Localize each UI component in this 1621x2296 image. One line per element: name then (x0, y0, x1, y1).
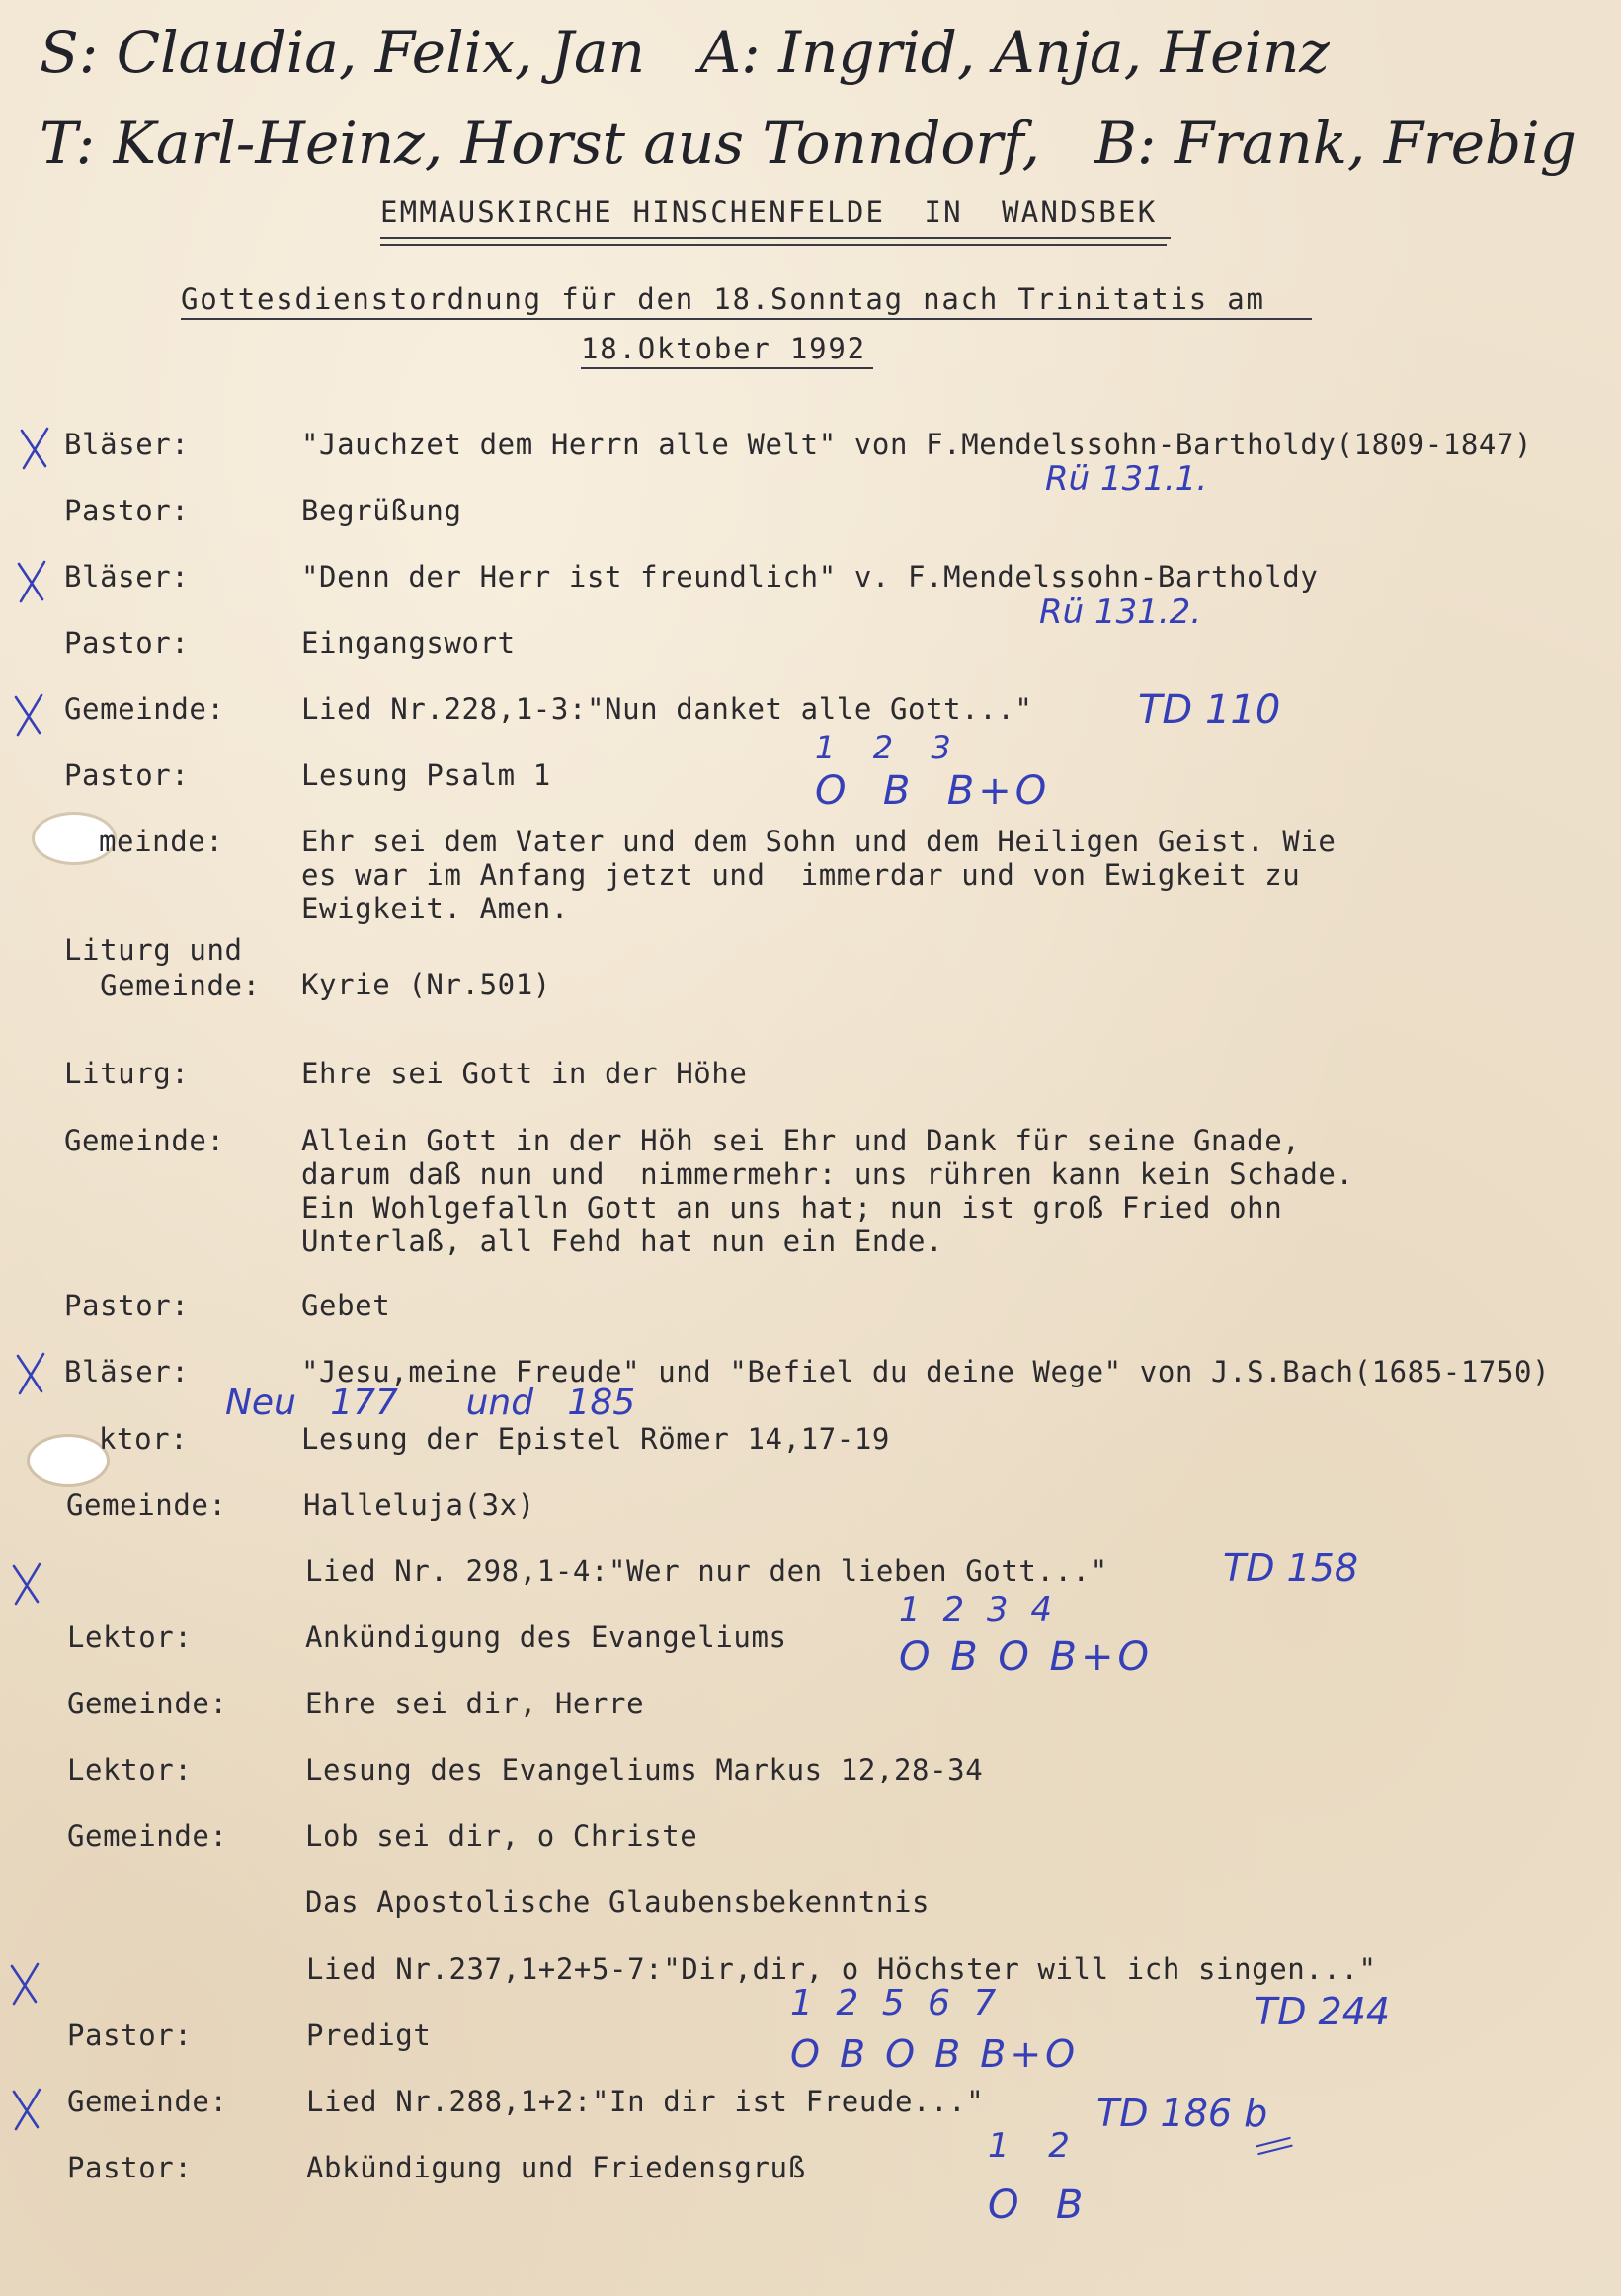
role-label: Bläser: (64, 1355, 189, 1388)
item-text: "Denn der Herr ist freundlich" v. F.Mend… (301, 560, 1318, 594)
role-label: Liturg: (64, 1057, 189, 1090)
handwritten-note: TD 186 b (1096, 2092, 1267, 2135)
handwritten-roster-line-1: S: Claudia, Felix, Jan A: Ingrid, Anja, … (40, 18, 1330, 87)
handwritten-double-underline (1256, 2137, 1292, 2155)
checkmark-x-icon (8, 1960, 41, 2006)
item-text: Ehre sei dir, Herre (305, 1687, 644, 1720)
checkmark-x-icon (10, 2086, 43, 2131)
item-text: Lied Nr.288,1+2:"In dir ist Freude..." (306, 2085, 984, 2118)
item-text: Ehr sei dem Vater und dem Sohn und dem H… (301, 825, 1336, 925)
role-label: Gemeinde: (67, 1819, 228, 1853)
handwritten-note: Rü 131.1. (1045, 459, 1207, 499)
item-text: Ehre sei Gott in der Höhe (301, 1057, 748, 1090)
role-label: Liturg und Gemeinde: (64, 932, 261, 1003)
role-label: Pastor: (64, 1289, 189, 1322)
item-text: Das Apostolische Glaubensbekenntnis (305, 1885, 930, 1919)
role-label: Gemeinde: (64, 1124, 225, 1157)
handwritten-voice-assignment: O B (988, 2182, 1087, 2228)
item-text: Halleluja(3x) (303, 1488, 535, 1522)
subtitle-underline (181, 318, 1312, 320)
handwritten-roster-line-2: T: Karl-Heinz, Horst aus Tonndorf, B: Fr… (40, 109, 1577, 178)
handwritten-voice-assignment: O B O B+O (899, 1634, 1153, 1680)
service-date: 18.Oktober 1992 (581, 332, 866, 365)
role-label: meinde: (99, 825, 223, 858)
role-label: Pastor: (64, 758, 189, 792)
checkmark-x-icon (12, 691, 45, 737)
item-text: Lied Nr.228,1-3:"Nun danket alle Gott...… (301, 692, 1032, 726)
item-text: Lesung der Epistel Römer 14,17-19 (301, 1422, 890, 1456)
item-text: Lesung Psalm 1 (301, 758, 551, 792)
role-label: ktor: (99, 1422, 188, 1456)
handwritten-verse-numbers: 1 2 (988, 2126, 1076, 2166)
item-text: Predigt (306, 2019, 431, 2052)
role-label: Pastor: (64, 626, 189, 660)
role-label: Gemeinde: (67, 1687, 228, 1720)
role-label: Lektor: (67, 1621, 192, 1654)
handwritten-note: TD 158 (1223, 1546, 1358, 1590)
handwritten-note: Neu 177 und 185 (225, 1383, 635, 1423)
checkmark-x-icon (15, 558, 48, 603)
handwritten-verse-numbers: 1 2 3 (815, 729, 957, 766)
item-text: Kyrie (Nr.501) (301, 968, 551, 1001)
checkmark-x-icon (18, 425, 51, 470)
item-text: Begrüßung (301, 494, 462, 527)
handwritten-note: TD 244 (1255, 1990, 1390, 2033)
role-label: Pastor: (67, 2151, 192, 2184)
item-text: Lied Nr.237,1+2+5-7:"Dir,dir, o Höchster… (306, 1952, 1377, 1986)
role-label: Pastor: (64, 494, 189, 527)
checkmark-x-icon (14, 1350, 47, 1395)
handwritten-verse-numbers: 1 2 5 6 7 (790, 1983, 1002, 2023)
heading-underline-2 (380, 244, 1167, 246)
item-text: Ankündigung des Evangeliums (305, 1621, 787, 1654)
item-text: Eingangswort (301, 626, 516, 660)
handwritten-note: Rü 131.2. (1039, 593, 1201, 632)
role-label: Gemeinde: (64, 692, 225, 726)
item-text: Lied Nr. 298,1-4:"Wer nur den lieben Got… (305, 1554, 1108, 1588)
item-text: Lob sei dir, o Christe (305, 1819, 697, 1853)
church-name-heading: EMMAUSKIRCHE HINSCHENFELDE IN WANDSBEK (380, 196, 1157, 229)
handwritten-voice-assignment: O B B+O (815, 768, 1050, 814)
item-text: "Jauchzet dem Herrn alle Welt" von F.Men… (301, 428, 1532, 461)
service-order-subtitle: Gottesdienstordnung für den 18.Sonntag n… (181, 282, 1265, 316)
role-label: Pastor: (67, 2019, 192, 2052)
role-label: Gemeinde: (66, 1488, 227, 1522)
handwritten-note: TD 110 (1138, 687, 1280, 733)
role-label: Gemeinde: (67, 2085, 228, 2118)
heading-underline-1 (380, 237, 1171, 239)
checkmark-x-icon (10, 1560, 43, 1606)
role-label: Lektor: (67, 1753, 192, 1786)
role-label: Bläser: (64, 560, 189, 594)
handwritten-voice-assignment: O B O B B+O (790, 2032, 1079, 2076)
item-text: Allein Gott in der Höh sei Ehr und Dank … (301, 1124, 1354, 1258)
item-text: Abkündigung und Friedensgruß (306, 2151, 806, 2184)
punch-hole-lower (30, 1437, 107, 1484)
item-text: Gebet (301, 1289, 390, 1322)
item-text: Lesung des Evangeliums Markus 12,28-34 (305, 1753, 983, 1786)
handwritten-verse-numbers: 1 2 3 4 (899, 1590, 1058, 1629)
role-label: Bläser: (64, 428, 189, 461)
date-underline (581, 367, 873, 369)
